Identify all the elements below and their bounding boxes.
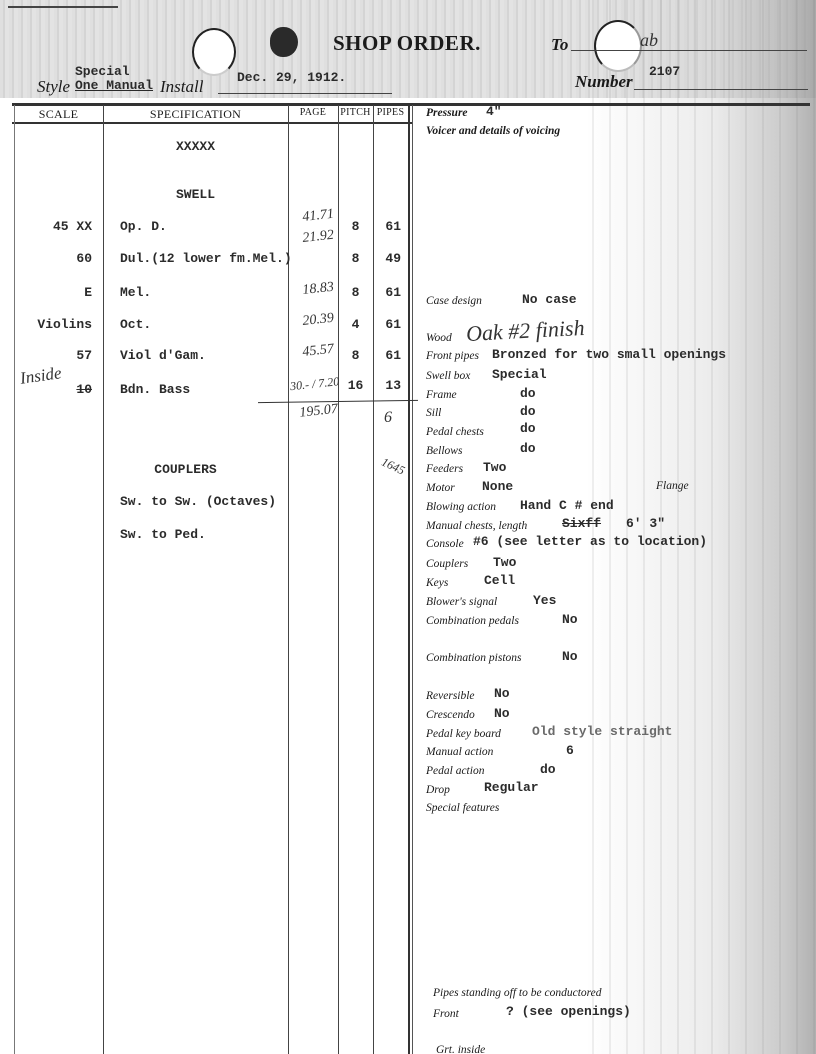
table-right-border bbox=[408, 105, 410, 1054]
row-pitch: 8 bbox=[338, 285, 373, 300]
blowing-action-label: Blowing action bbox=[426, 501, 496, 513]
combination-pistons-value: No bbox=[562, 649, 578, 664]
manual-action-value: 6 bbox=[566, 743, 574, 758]
row-pipes: 61 bbox=[373, 317, 401, 332]
special-features-label: Special features bbox=[426, 802, 499, 814]
row-pipes: 61 bbox=[373, 285, 401, 300]
row-pipes: 61 bbox=[373, 219, 401, 234]
wood-value: Oak #2 finish bbox=[465, 315, 585, 347]
front-pipes-label: Front pipes bbox=[426, 350, 479, 362]
manual-action-label: Manual action bbox=[426, 746, 493, 758]
column-divider bbox=[373, 105, 374, 1054]
swell-box-label: Swell box bbox=[426, 370, 470, 382]
manual-chests-struck: Sixff bbox=[562, 516, 601, 531]
crescendo-value: No bbox=[494, 706, 510, 721]
row-page: 21.92 bbox=[289, 228, 334, 249]
motor-value: None bbox=[482, 479, 513, 494]
sill-value: do bbox=[520, 404, 536, 419]
column-divider bbox=[103, 105, 104, 1054]
column-header-page: PAGE bbox=[288, 107, 338, 118]
frame-label: Frame bbox=[426, 389, 457, 401]
pipes-standing-label: Pipes standing off to be conductored bbox=[433, 987, 602, 999]
row-page: 41.71 bbox=[289, 207, 334, 228]
section-swell: SWELL bbox=[103, 187, 288, 202]
combination-pedals-value: No bbox=[562, 612, 578, 627]
crescendo-label: Crescendo bbox=[426, 709, 475, 721]
row-scale: 57 bbox=[14, 348, 92, 363]
bellows-value: do bbox=[520, 441, 536, 456]
drop-label: Drop bbox=[426, 784, 450, 796]
shop-order-page: SHOP ORDER. To ab Style Special One Manu… bbox=[0, 0, 816, 1054]
pedal-action-label: Pedal action bbox=[426, 765, 484, 777]
case-design-value: No case bbox=[522, 292, 577, 307]
coupler-item: Sw. to Sw. (Octaves) bbox=[120, 494, 276, 509]
sill-label: Sill bbox=[426, 407, 441, 419]
to-value: ab bbox=[640, 30, 658, 51]
style-label: Style bbox=[37, 77, 70, 97]
motor-label: Motor bbox=[426, 482, 455, 494]
scan-shadow-band bbox=[586, 0, 816, 1054]
top-edge-mark bbox=[8, 6, 118, 8]
case-design-label: Case design bbox=[426, 295, 482, 307]
pedal-key-board-label: Pedal key board bbox=[426, 728, 501, 740]
column-header-scale: SCALE bbox=[14, 107, 103, 122]
drop-value: Regular bbox=[484, 780, 539, 795]
blowing-action-value: Hand C # end bbox=[520, 498, 614, 513]
row-pitch: 8 bbox=[338, 251, 373, 266]
console-value: #6 (see letter as to location) bbox=[473, 534, 707, 549]
console-label: Console bbox=[426, 538, 464, 550]
column-divider bbox=[338, 105, 339, 1054]
row-scale: E bbox=[14, 285, 92, 300]
manual-chests-value: 6' 3" bbox=[626, 516, 665, 531]
wood-label: Wood bbox=[426, 332, 452, 344]
style-value: One Manual bbox=[75, 78, 153, 93]
page-total: 195.07 bbox=[293, 402, 338, 423]
pressure-value: 4" bbox=[486, 104, 502, 119]
column-header-pipes: PIPES bbox=[373, 107, 408, 118]
feeders-label: Feeders bbox=[426, 463, 463, 475]
row-pipes: 49 bbox=[373, 251, 401, 266]
bellows-label: Bellows bbox=[426, 445, 462, 457]
row-pipes: 61 bbox=[373, 348, 401, 363]
reversible-label: Reversible bbox=[426, 690, 475, 702]
row-spec: Mel. bbox=[120, 285, 151, 300]
style-value-special: Special bbox=[75, 64, 130, 79]
to-field-line bbox=[571, 50, 807, 51]
blowers-signal-label: Blower's signal bbox=[426, 596, 497, 608]
feeders-value: Two bbox=[483, 460, 506, 475]
combination-pedals-label: Combination pedals bbox=[426, 615, 519, 627]
punch-hole-icon bbox=[594, 20, 642, 72]
coupler-item: Sw. to Ped. bbox=[120, 527, 206, 542]
row-spec: Op. D. bbox=[120, 219, 167, 234]
row-page: 20.39 bbox=[289, 311, 334, 332]
flange-label: Flange bbox=[656, 480, 689, 492]
front-pipes-value: Bronzed for two small openings bbox=[492, 347, 726, 362]
section-struck: XXXXX bbox=[103, 139, 288, 154]
install-field-line bbox=[218, 93, 392, 94]
keys-label: Keys bbox=[426, 577, 448, 589]
row-spec: Oct. bbox=[120, 317, 151, 332]
grt-inside-label: Grt. inside bbox=[436, 1044, 485, 1054]
blowers-signal-value: Yes bbox=[533, 593, 556, 608]
form-title: SHOP ORDER. bbox=[333, 31, 481, 56]
header-rule bbox=[12, 103, 810, 106]
pedal-chests-value: do bbox=[520, 421, 536, 436]
row-pitch: 16 bbox=[338, 378, 373, 393]
row-pipes: 13 bbox=[373, 378, 401, 393]
row-pitch: 8 bbox=[338, 219, 373, 234]
row-scale: 10 bbox=[14, 382, 92, 397]
ink-blot-icon bbox=[270, 27, 298, 57]
column-divider bbox=[288, 105, 289, 1054]
number-label: Number bbox=[575, 72, 633, 92]
reversible-value: No bbox=[494, 686, 510, 701]
row-spec: Viol d'Gam. bbox=[120, 348, 206, 363]
pressure-label: Pressure bbox=[426, 107, 468, 119]
keys-value: Cell bbox=[484, 573, 515, 588]
column-header-rule bbox=[12, 122, 412, 124]
punch-hole-icon bbox=[192, 28, 236, 76]
pipes-total: 6 bbox=[384, 409, 392, 427]
install-date: Dec. 29, 1912. bbox=[237, 70, 346, 85]
install-label: Install bbox=[160, 77, 203, 97]
row-scale: 45 XX bbox=[14, 219, 92, 234]
pedal-key-board-value: Old style straight bbox=[532, 724, 672, 739]
row-page: 18.83 bbox=[289, 280, 334, 301]
row-pitch: 4 bbox=[338, 317, 373, 332]
row-spec: Dul.(12 lower fm.Mel.) bbox=[120, 251, 292, 266]
frame-value: do bbox=[520, 386, 536, 401]
order-number: 2107 bbox=[649, 64, 680, 79]
pedal-chests-label: Pedal chests bbox=[426, 426, 484, 438]
row-pitch: 8 bbox=[338, 348, 373, 363]
table-border bbox=[14, 105, 15, 1054]
pedal-action-value: do bbox=[540, 762, 556, 777]
number-field-line bbox=[634, 89, 808, 90]
table-right-border bbox=[412, 105, 413, 1054]
manual-chests-label: Manual chests, length bbox=[426, 520, 527, 532]
row-scale: Violins bbox=[14, 317, 92, 332]
column-header-specification: SPECIFICATION bbox=[103, 107, 288, 122]
to-label: To bbox=[551, 35, 568, 55]
front-value: ? (see openings) bbox=[506, 1004, 631, 1019]
couplers-label: Couplers bbox=[426, 558, 468, 570]
row-spec: Bdn. Bass bbox=[120, 382, 190, 397]
voicer-label: Voicer and details of voicing bbox=[426, 125, 560, 137]
row-page: 45.57 bbox=[289, 342, 334, 363]
combination-pistons-label: Combination pistons bbox=[426, 652, 522, 664]
section-couplers: COUPLERS bbox=[103, 462, 268, 477]
front-label: Front bbox=[433, 1008, 459, 1020]
column-header-pitch: PITCH bbox=[338, 107, 373, 118]
row-page: 30.- / 7.20 bbox=[289, 375, 334, 395]
swell-box-value: Special bbox=[492, 367, 547, 382]
pipes-note: 1645 bbox=[379, 455, 407, 479]
row-scale: 60 bbox=[14, 251, 92, 266]
couplers-value: Two bbox=[493, 555, 516, 570]
